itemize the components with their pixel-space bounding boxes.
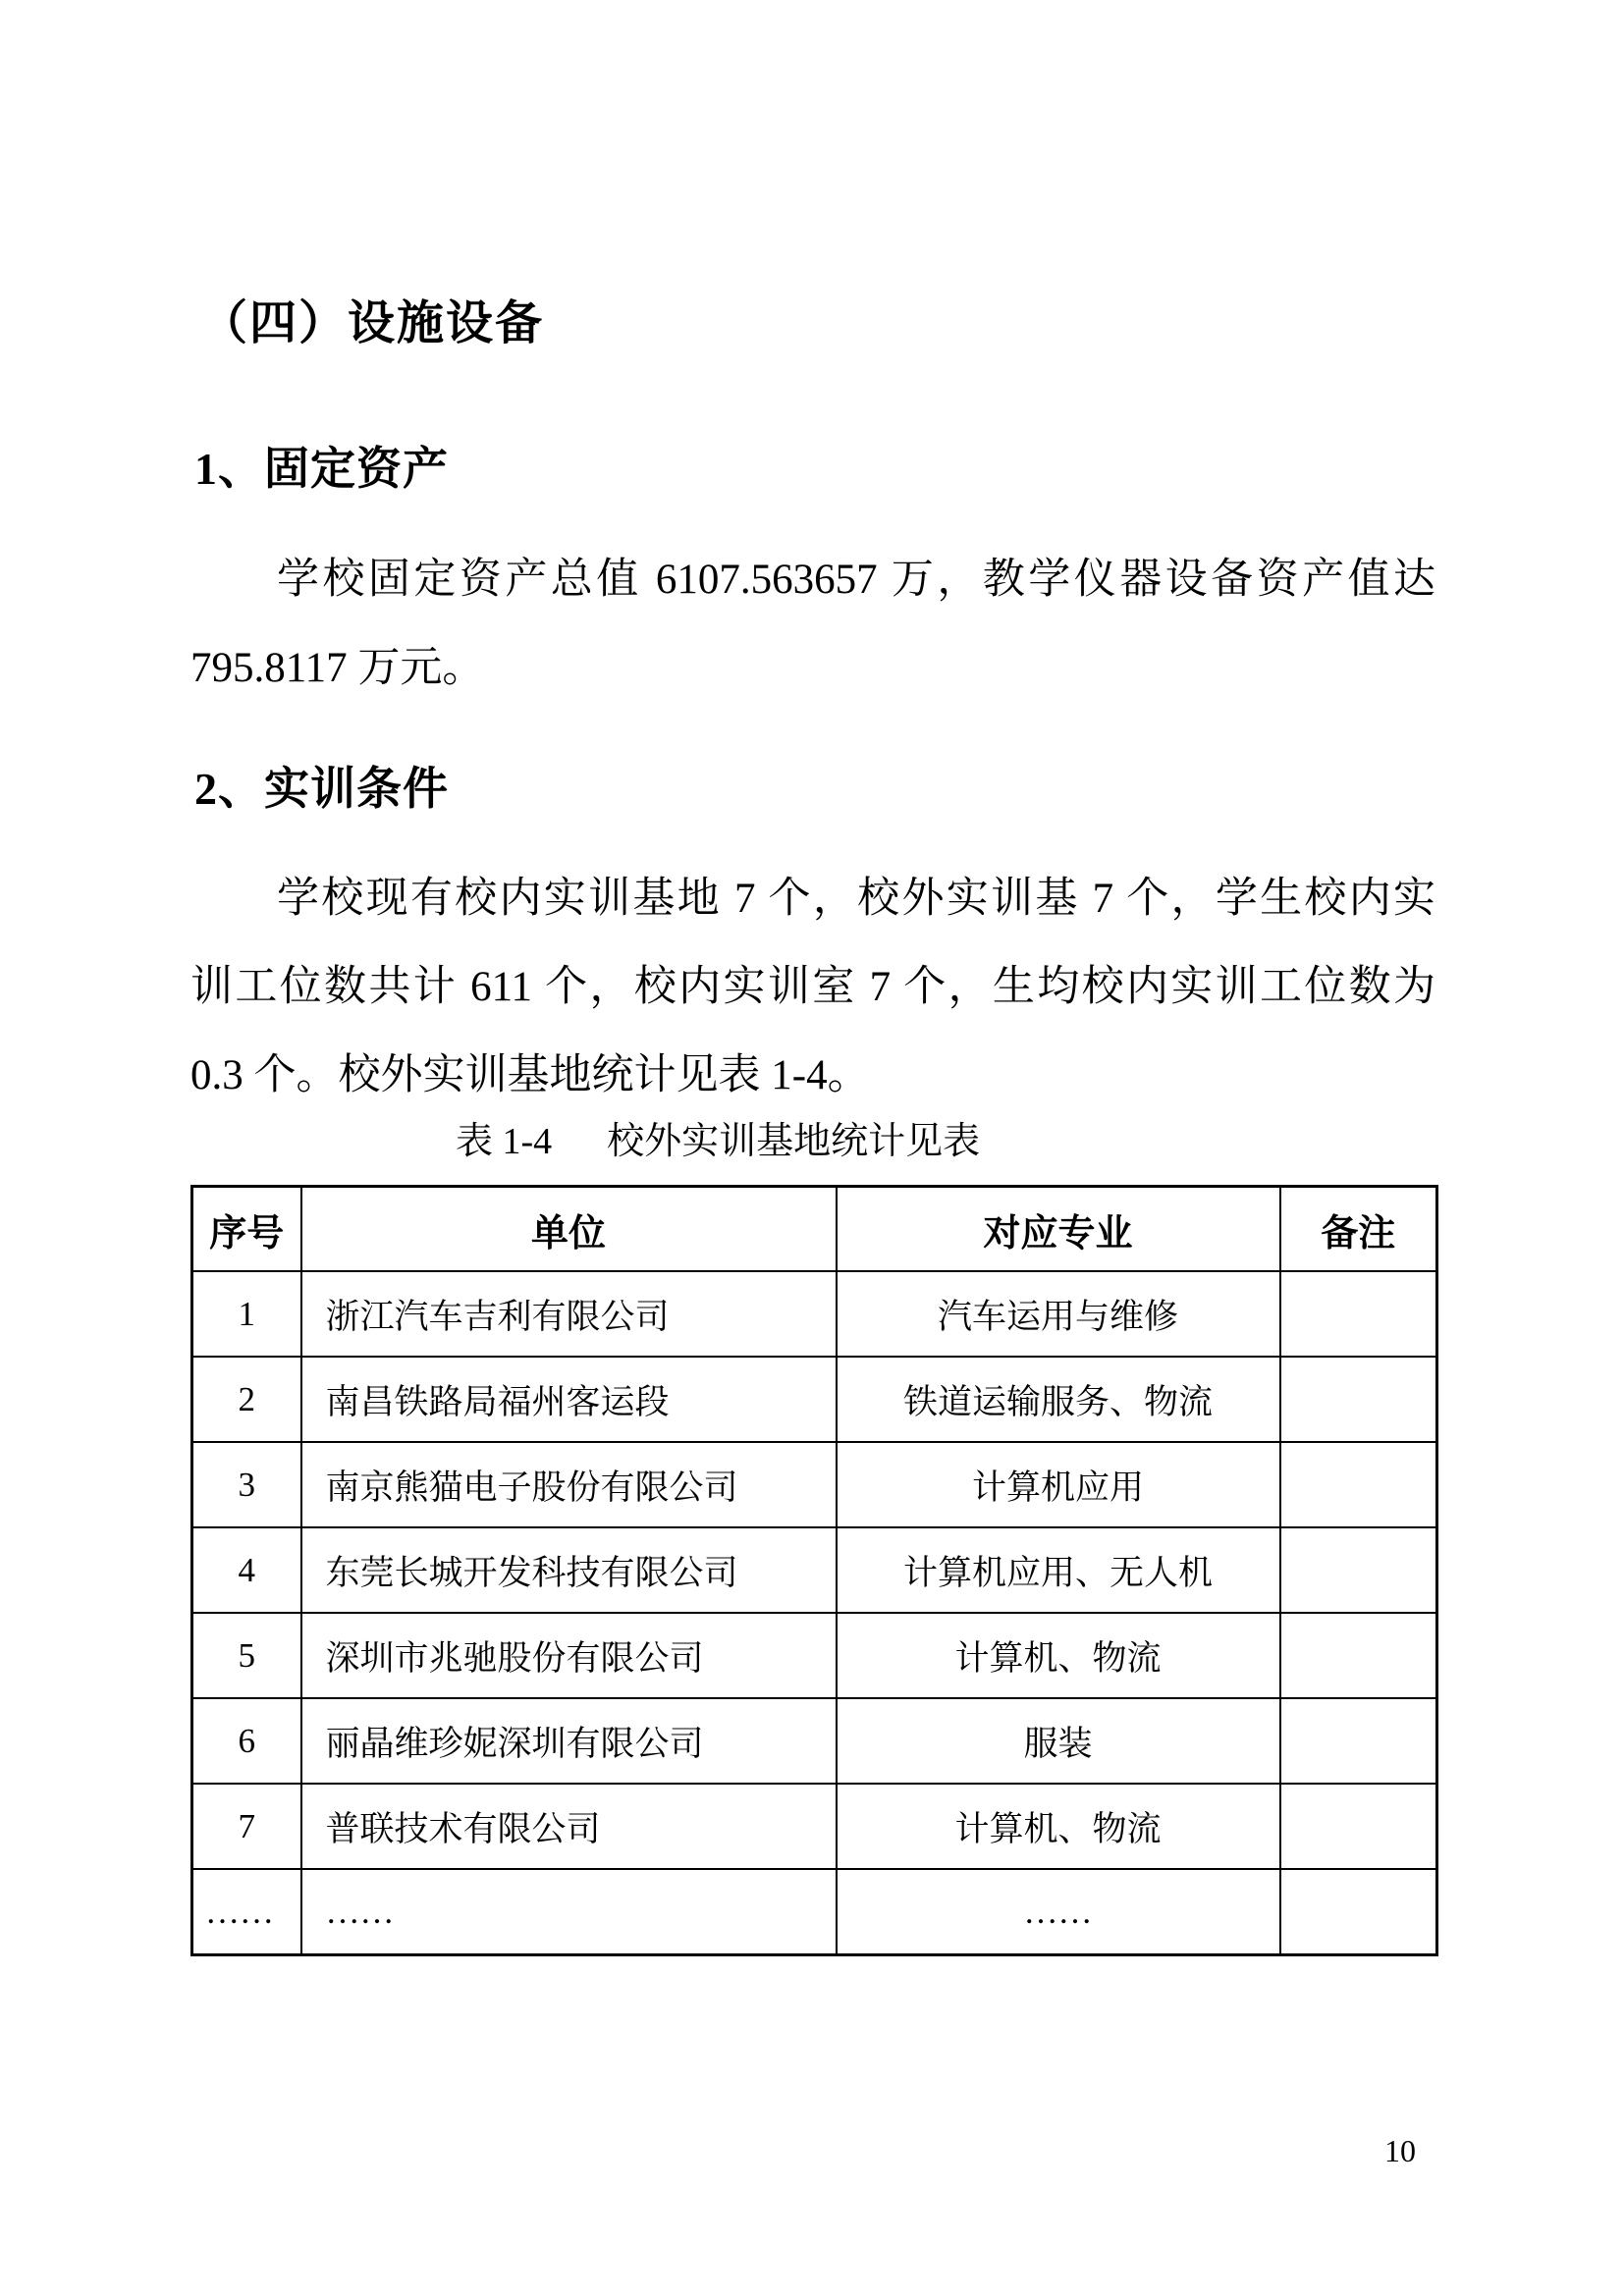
paragraph-line: 0.3 个。校外实训基地统计见表 1-4。 [190, 1032, 1435, 1120]
table-cell [1280, 1698, 1437, 1784]
table-cell: 东莞长城开发科技有限公司 [301, 1527, 837, 1613]
paragraph-line: 训工位数共计 611 个，校内实训室 7 个，生均校内实训工位数为 [190, 943, 1435, 1032]
page-number: 10 [1384, 2132, 1463, 2169]
paragraph-line: 学校现有校内实训基地 7 个，校外实训基 7 个，学生校内实 [190, 855, 1435, 943]
table-cell: 南昌铁路局福州客运段 [301, 1357, 837, 1442]
table-cell: 浙江汽车吉利有限公司 [301, 1271, 837, 1357]
table-cell: 丽晶维珍妮深圳有限公司 [301, 1698, 837, 1784]
table-cell: 2 [192, 1357, 301, 1442]
paragraph-line: 795.8117 万元。 [190, 624, 1435, 713]
table-cell [1280, 1527, 1437, 1613]
table-caption-title: 校外实训基地统计见表 [607, 1121, 980, 1162]
table-cell: 1 [192, 1271, 301, 1357]
table-cell: 汽车运用与维修 [837, 1271, 1280, 1357]
table-cell: 普联技术有限公司 [301, 1784, 837, 1869]
table-cell: 4 [192, 1527, 301, 1613]
paragraph-training-conditions: 学校现有校内实训基地 7 个，校外实训基 7 个，学生校内实 训工位数共计 61… [190, 855, 1435, 1120]
table-cell: 6 [192, 1698, 301, 1784]
table-cell [1280, 1271, 1437, 1357]
table-cell: 南京熊猫电子股份有限公司 [301, 1442, 837, 1527]
table-header-cell: 备注 [1280, 1187, 1437, 1272]
table-header-cell: 单位 [301, 1187, 837, 1272]
table-header-row: 序号 单位 对应专业 备注 [192, 1187, 1437, 1272]
table-caption-label: 表 1-4 [456, 1119, 552, 1164]
document-page: （四）设施设备 1、固定资产 学校固定资产总值 6107.563657 万，教学… [0, 0, 1624, 2296]
table-row: 5 深圳市兆驰股份有限公司 计算机、物流 [192, 1613, 1437, 1698]
table-cell: 计算机、物流 [837, 1613, 1280, 1698]
table-header-cell: 对应专业 [837, 1187, 1280, 1272]
table-header-cell: 序号 [192, 1187, 301, 1272]
table-cell: 7 [192, 1784, 301, 1869]
table-cell: 服装 [837, 1698, 1280, 1784]
section-heading: （四）设施设备 [200, 294, 1437, 353]
table-cell: 3 [192, 1442, 301, 1527]
table-row: 2 南昌铁路局福州客运段 铁道运输服务、物流 [192, 1357, 1437, 1442]
table-cell [1280, 1442, 1437, 1527]
table-row: 1 浙江汽车吉利有限公司 汽车运用与维修 [192, 1271, 1437, 1357]
table-row: 4 东莞长城开发科技有限公司 计算机应用、无人机 [192, 1527, 1437, 1613]
table-cell [1280, 1869, 1437, 1955]
table-caption: 表 1-4校外实训基地统计见表 [456, 1119, 1437, 1164]
table-cell: 计算机应用 [837, 1442, 1280, 1527]
paragraph-fixed-assets: 学校固定资产总值 6107.563657 万，教学仪器设备资产值达 795.81… [190, 536, 1435, 713]
table-cell: 计算机、物流 [837, 1784, 1280, 1869]
table-row: …… …… …… [192, 1869, 1437, 1955]
table-row: 6 丽晶维珍妮深圳有限公司 服装 [192, 1698, 1437, 1784]
paragraph-line: 学校固定资产总值 6107.563657 万，教学仪器设备资产值达 [190, 536, 1435, 624]
table-cell: 计算机应用、无人机 [837, 1527, 1280, 1613]
table-cell: …… [301, 1869, 837, 1955]
table-cell [1280, 1784, 1437, 1869]
table-cell [1280, 1357, 1437, 1442]
external-training-bases-table: 序号 单位 对应专业 备注 1 浙江汽车吉利有限公司 汽车运用与维修 2 南昌铁… [190, 1185, 1438, 1956]
subsection-heading-training-conditions: 2、实训条件 [194, 762, 1432, 817]
table-cell: 深圳市兆驰股份有限公司 [301, 1613, 837, 1698]
table-cell: 铁道运输服务、物流 [837, 1357, 1280, 1442]
subsection-heading-fixed-assets: 1、固定资产 [194, 442, 1432, 497]
table-cell: …… [192, 1869, 301, 1955]
table-cell: …… [837, 1869, 1280, 1955]
table-row: 3 南京熊猫电子股份有限公司 计算机应用 [192, 1442, 1437, 1527]
table-row: 7 普联技术有限公司 计算机、物流 [192, 1784, 1437, 1869]
table-cell [1280, 1613, 1437, 1698]
table-cell: 5 [192, 1613, 301, 1698]
